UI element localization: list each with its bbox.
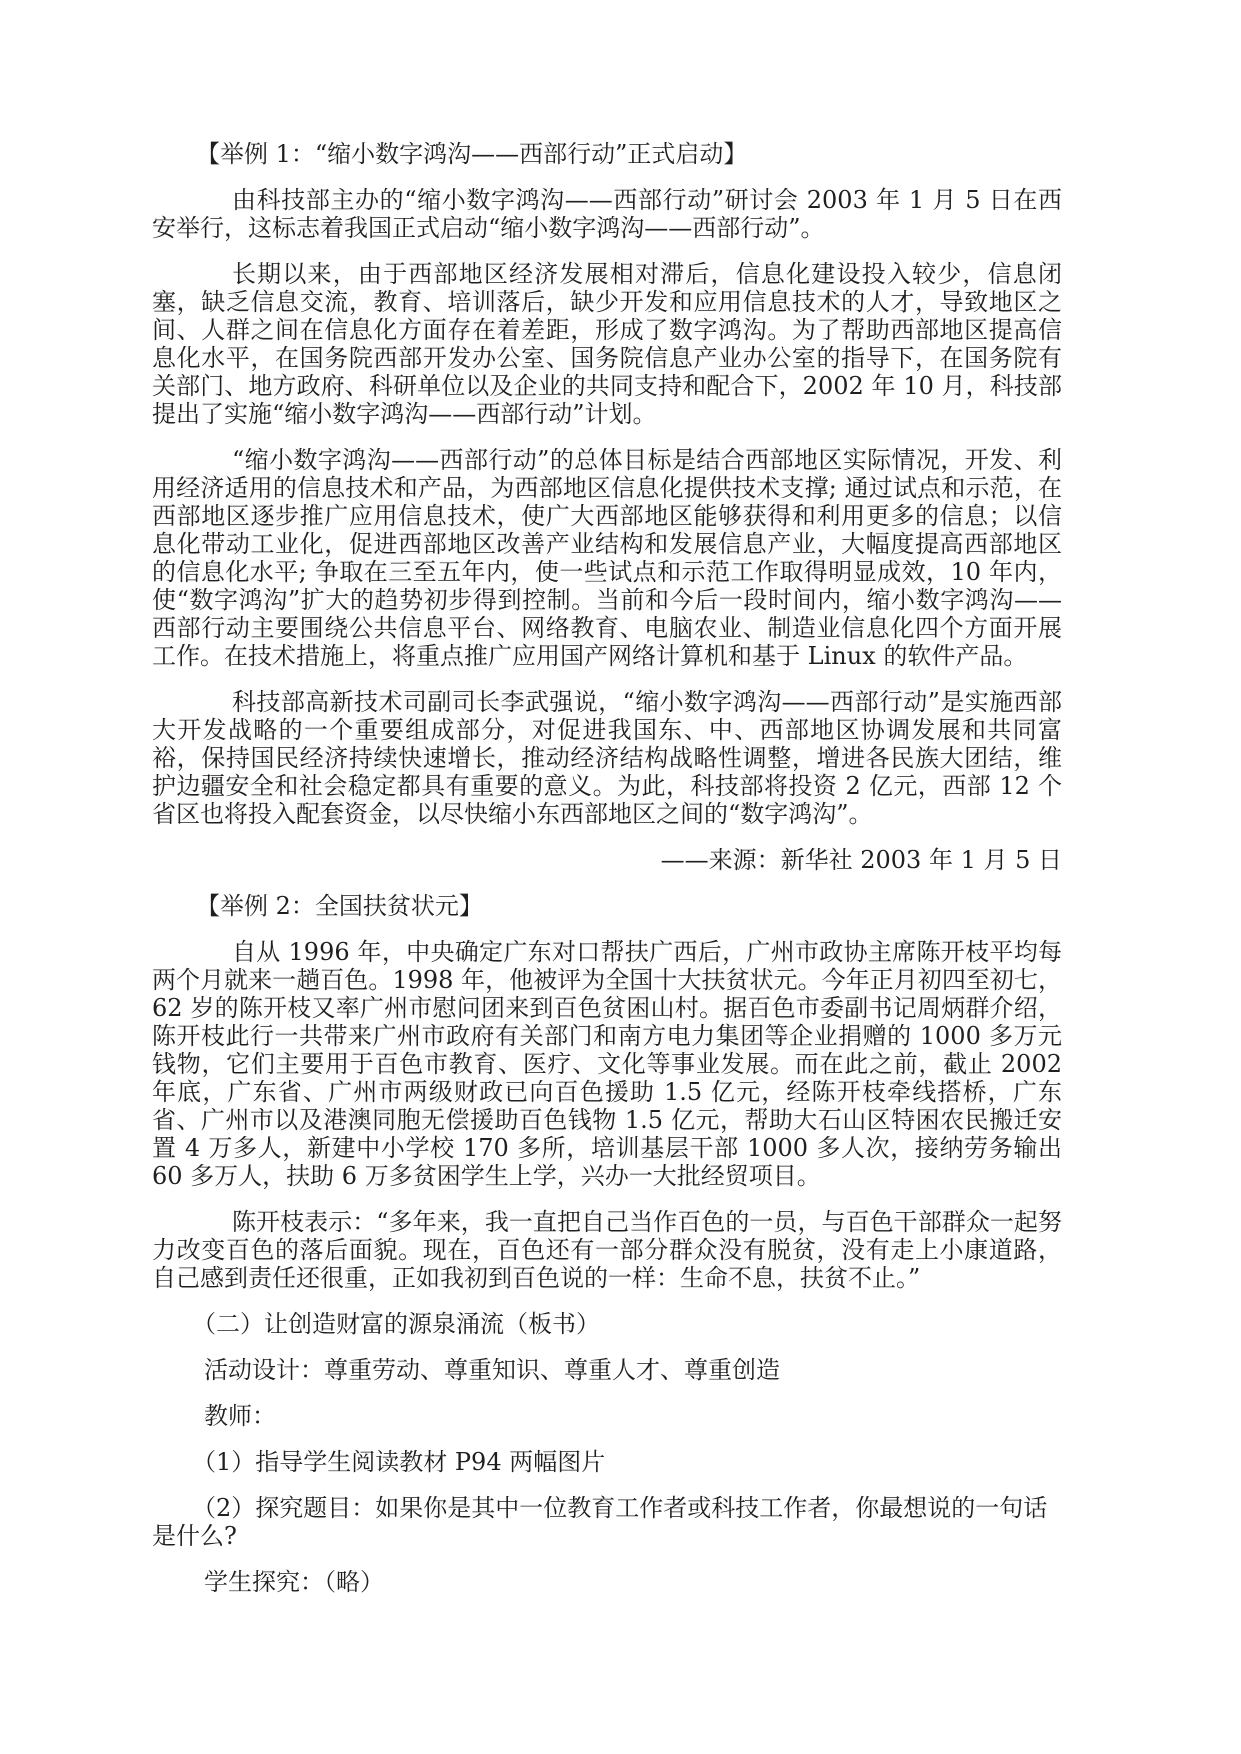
paragraph: 由科技部主办的“缩小数字鸿沟——西部行动”研讨会 2003 年 1 月 5 日在… (152, 186, 1062, 242)
paragraph: 长期以来，由于西部地区经济发展相对滞后，信息化建设投入较少，信息闭塞，缺乏信息交… (152, 260, 1062, 428)
label-line: 活动设计：尊重劳动、尊重知识、尊重人才、尊重创造 (152, 1356, 1062, 1384)
paragraph: “缩小数字鸿沟——西部行动”的总体目标是结合西部地区实际情况，开发、利用经济适用… (152, 446, 1062, 670)
document-body: 【举例 1：“缩小数字鸿沟——西部行动”正式启动】由科技部主办的“缩小数字鸿沟—… (152, 140, 1062, 1596)
numbered-line: （二）让创造财富的源泉涌流（板书） (152, 1310, 1062, 1338)
section-heading: 【举例 1：“缩小数字鸿沟——西部行动”正式启动】 (152, 140, 1062, 168)
numbered-line: （1）指导学生阅读教材 P94 两幅图片 (152, 1448, 1062, 1476)
paragraph: 科技部高新技术司副司长李武强说，“缩小数字鸿沟——西部行动”是实施西部大开发战略… (152, 688, 1062, 828)
numbered-line: （2）探究题目：如果你是其中一位教育工作者或科技工作者，你最想说的一句话是什么? (152, 1494, 1062, 1550)
section-heading: 【举例 2：全国扶贫状元】 (152, 892, 1062, 920)
label-line: 教师： (152, 1402, 1062, 1430)
source-line: ——来源：新华社 2003 年 1 月 5 日 (152, 846, 1062, 874)
label-line: 学生探究：（略） (152, 1568, 1062, 1596)
paragraph: 自从 1996 年，中央确定广东对口帮扶广西后，广州市政协主席陈开枝平均每两个月… (152, 938, 1062, 1190)
document-page: 【举例 1：“缩小数字鸿沟——西部行动”正式启动】由科技部主办的“缩小数字鸿沟—… (0, 0, 1241, 1754)
paragraph: 陈开枝表示：“多年来，我一直把自己当作百色的一员，与百色干部群众一起努力改变百色… (152, 1208, 1062, 1292)
